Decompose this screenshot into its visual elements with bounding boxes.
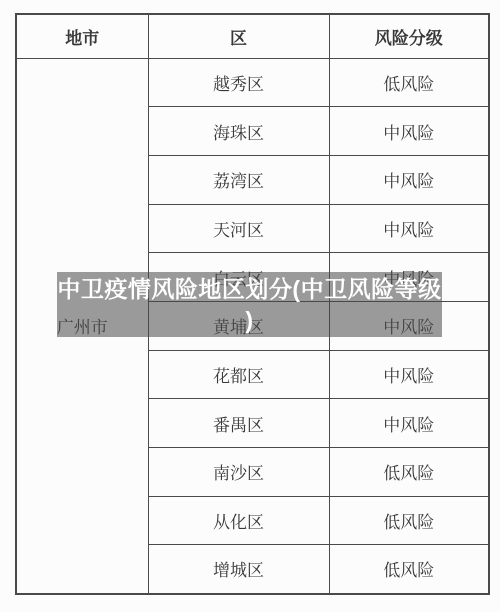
column-header-risk-level: 风险分级 xyxy=(329,14,489,58)
risk-cell: 中风险 xyxy=(329,350,489,399)
district-cell: 天河区 xyxy=(148,204,329,253)
banner-title-line1: 中卫疫情风险地区划分(中卫风险等级 xyxy=(57,274,442,305)
district-cell: 增城区 xyxy=(148,545,329,594)
risk-cell: 低风险 xyxy=(329,58,489,107)
table-header-row: 地市 区 风险分级 xyxy=(16,14,489,58)
risk-cell: 低风险 xyxy=(329,545,489,594)
banner-title-line2: ) xyxy=(57,305,442,336)
district-cell: 越秀区 xyxy=(148,58,329,107)
risk-cell: 低风险 xyxy=(329,448,489,497)
watermark-title-banner: 中卫疫情风险地区划分(中卫风险等级 ) xyxy=(57,272,442,337)
risk-cell: 低风险 xyxy=(329,496,489,545)
risk-cell: 中风险 xyxy=(329,155,489,204)
risk-cell: 中风险 xyxy=(329,107,489,156)
page: { "page": { "background": "#fcfcfc" }, "… xyxy=(0,0,500,612)
district-cell: 从化区 xyxy=(148,496,329,545)
column-header-city: 地市 xyxy=(16,14,148,58)
risk-cell: 中风险 xyxy=(329,204,489,253)
district-cell: 荔湾区 xyxy=(148,155,329,204)
column-header-district: 区 xyxy=(148,14,329,58)
table-row: 广州市 越秀区 低风险 xyxy=(16,58,489,107)
district-cell: 海珠区 xyxy=(148,107,329,156)
district-cell: 南沙区 xyxy=(148,448,329,497)
risk-cell: 中风险 xyxy=(329,399,489,448)
district-cell: 花都区 xyxy=(148,350,329,399)
district-cell: 番禺区 xyxy=(148,399,329,448)
